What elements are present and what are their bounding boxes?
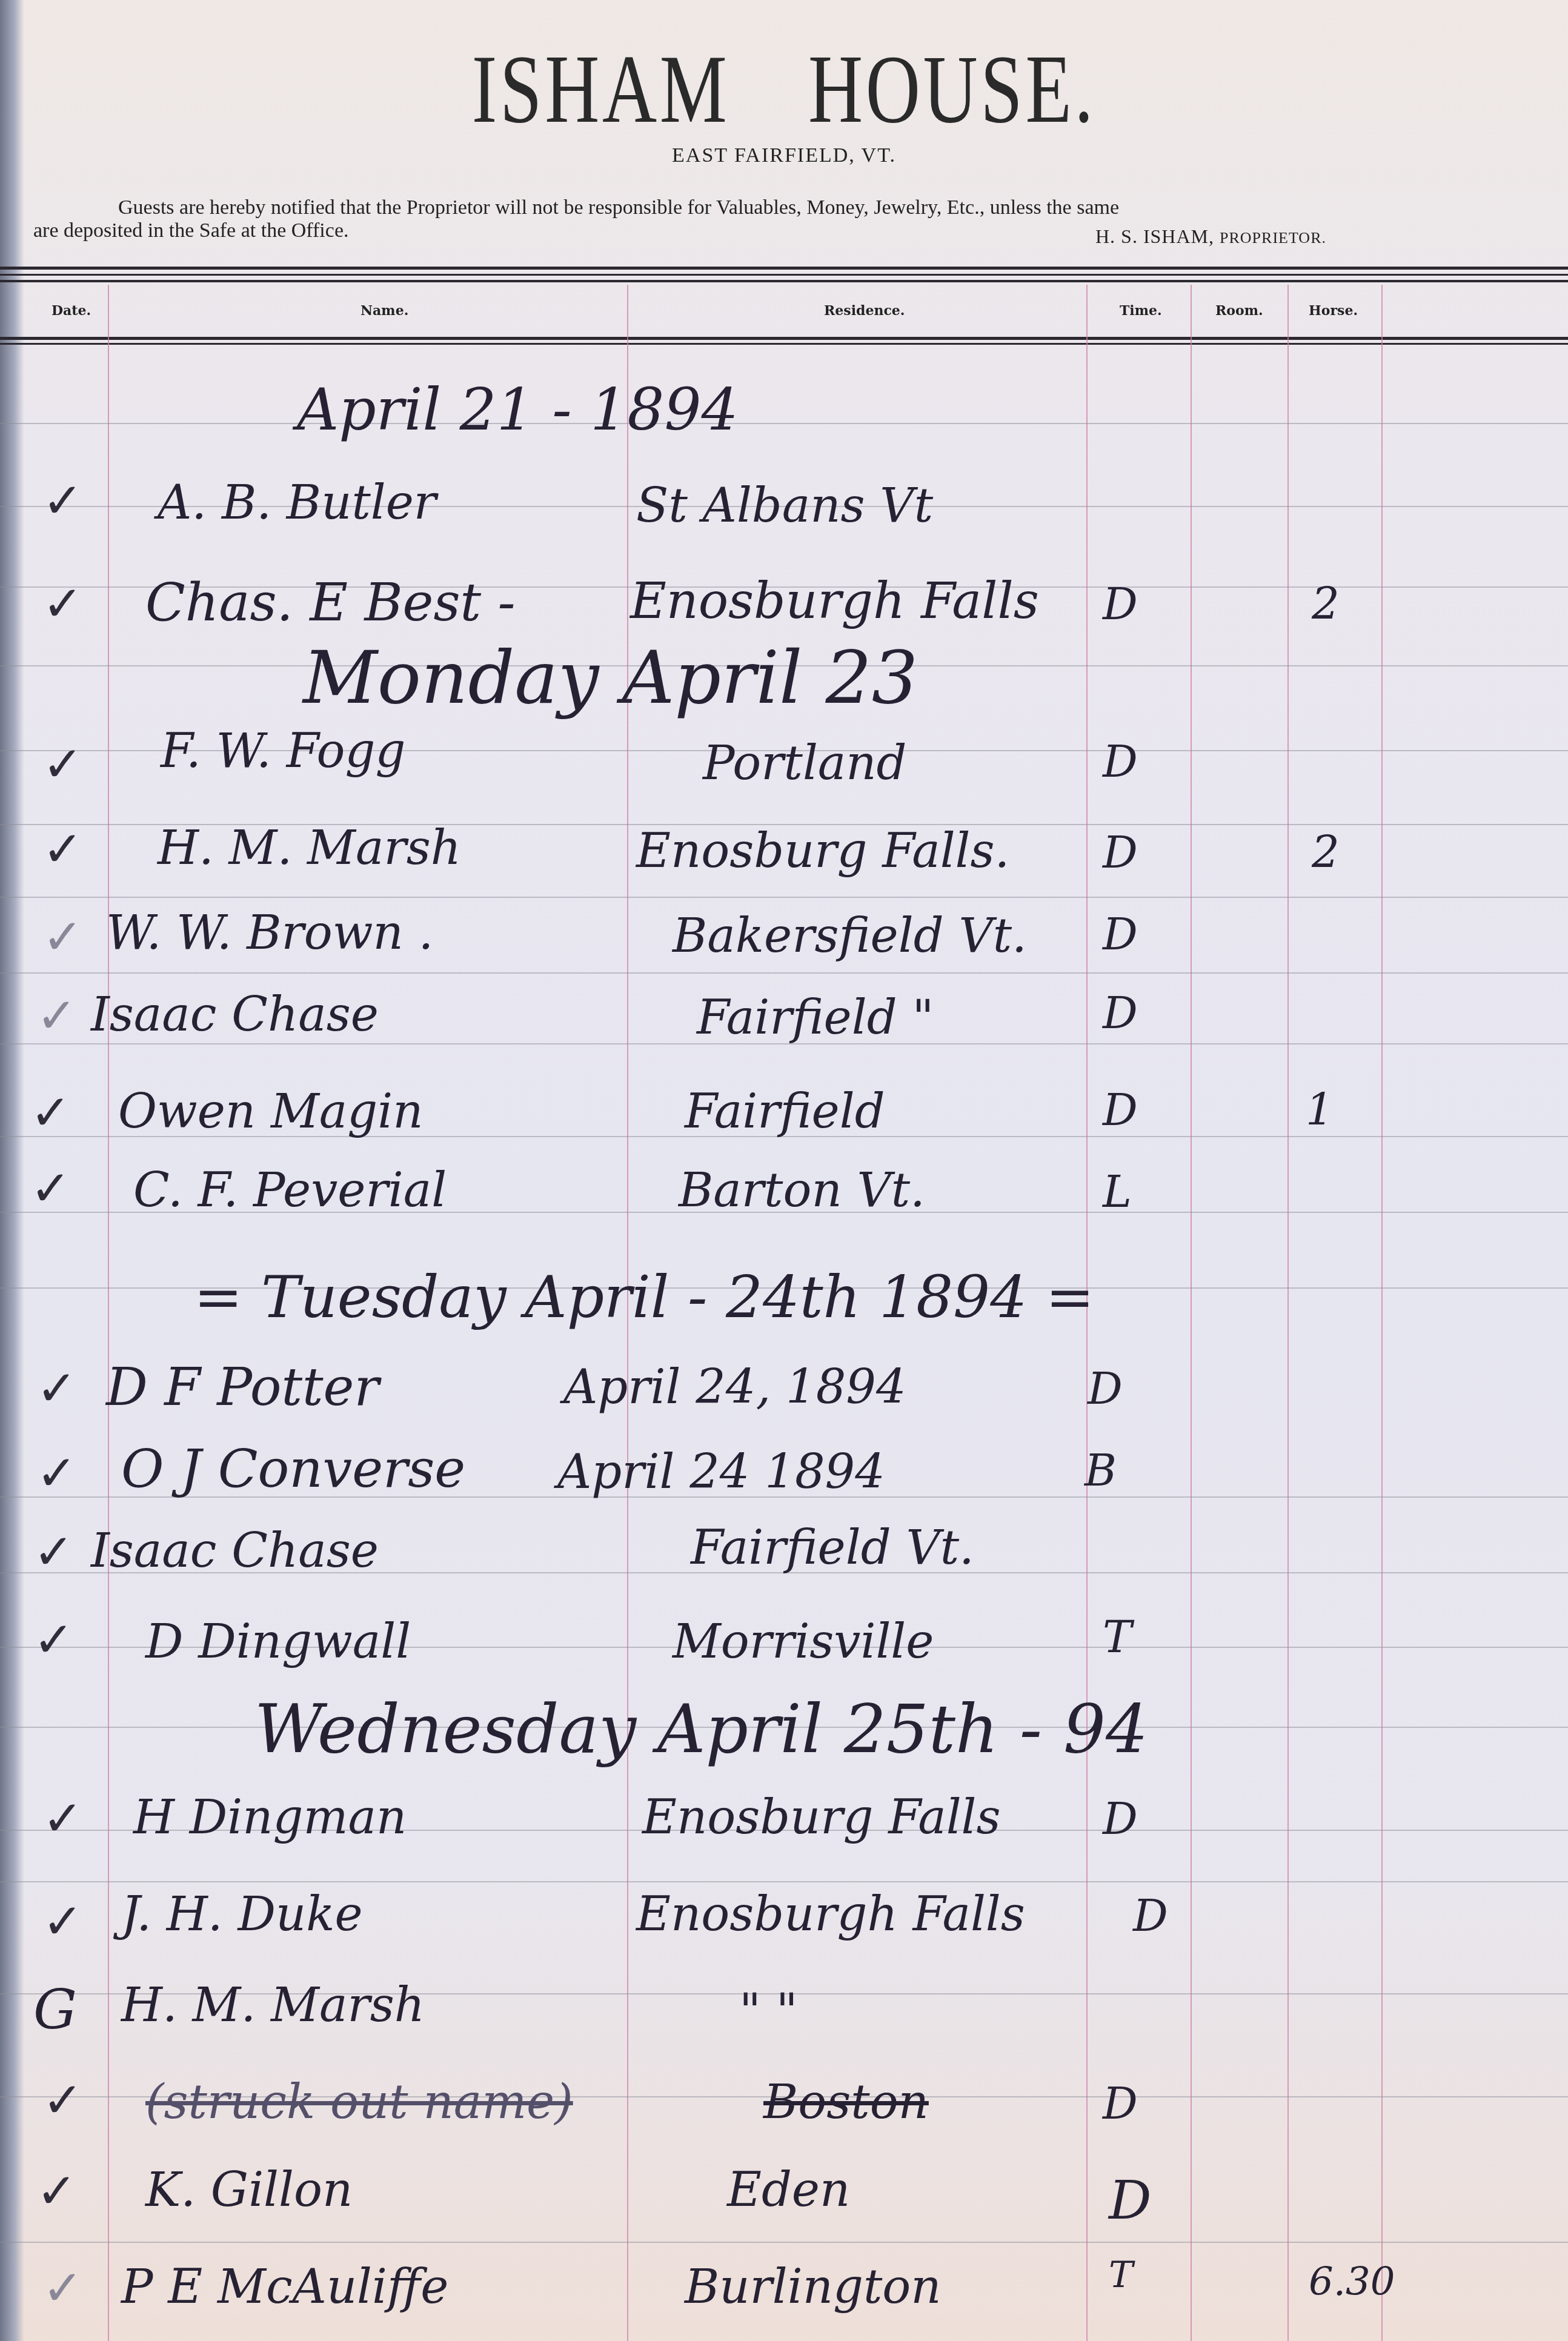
- title-word-isham: ISHAM: [472, 35, 730, 143]
- guest-name: A. B. Butler: [158, 476, 436, 530]
- column-line-extra: [1381, 285, 1383, 2341]
- guest-residence: April 24, 1894: [563, 1360, 906, 1415]
- day-heading: Monday April 23: [303, 636, 918, 720]
- column-line-date: [108, 285, 109, 2341]
- hotel-location: EAST FAIRFIELD, VT.: [0, 144, 1568, 167]
- checkmark: ✓: [42, 2072, 83, 2128]
- ruled-line: [0, 423, 1568, 424]
- guest-name: J. H. Duke: [121, 1887, 363, 1942]
- column-header-horse: Horse.: [1309, 303, 1358, 319]
- time-code: D: [1133, 1890, 1168, 1941]
- proprietor-title: PROPRIETOR.: [1220, 229, 1326, 247]
- guest-name: W. W. Brown .: [106, 906, 433, 960]
- page-title: ISHAM HOUSE.: [173, 33, 1396, 145]
- column-header-date: Date.: [51, 303, 91, 319]
- guest-residence: St Albans Vt: [636, 479, 933, 533]
- guest-name: Isaac Chase: [91, 988, 379, 1042]
- guest-name: C. F. Peverial: [133, 1163, 447, 1218]
- column-header-residence: Residence.: [824, 303, 905, 319]
- guest-name: D F Potter: [106, 1357, 379, 1418]
- header-rule-top-2: [0, 274, 1568, 276]
- time-code: D: [1109, 2169, 1152, 2231]
- checkmark: ✓: [36, 988, 77, 1044]
- title-word-house: HOUSE.: [808, 35, 1096, 143]
- guest-residence: Fairfield ": [697, 991, 934, 1045]
- guest-name: Isaac Chase: [91, 1524, 379, 1578]
- checkmark: ✓: [42, 909, 83, 965]
- guest-residence: Bakersfield Vt.: [673, 909, 1027, 963]
- column-header-name: Name.: [360, 303, 408, 319]
- horse-count: 2: [1312, 827, 1340, 878]
- horse-count: 1: [1306, 1084, 1334, 1135]
- checkmark: ✓: [42, 473, 83, 529]
- checkmark: ✓: [36, 1445, 77, 1501]
- guest-residence: Enosburgh Falls: [630, 573, 1039, 630]
- guest-name: D Dingwall: [145, 1615, 411, 1669]
- notice-line-2: are deposited in the Safe at the Office.: [33, 219, 349, 242]
- header-rule-top-3: [0, 280, 1568, 282]
- time-code: D: [1088, 1363, 1123, 1414]
- guest-residence: " ": [739, 1984, 798, 2039]
- ruled-line: [0, 1881, 1568, 1882]
- proprietor-signature: H. S. ISHAM, PROPRIETOR.: [1095, 225, 1326, 248]
- checkmark: ✓: [36, 2163, 77, 2219]
- day-heading: = Tuesday April - 24th 1894 =: [194, 1263, 1094, 1331]
- time-code: T: [1109, 2254, 1133, 2296]
- guest-residence: Eden: [727, 2163, 850, 2217]
- guest-name: P E McAuliffe: [121, 2260, 448, 2314]
- time-code: D: [1103, 1793, 1138, 1844]
- header-rule-top-1: [0, 267, 1568, 270]
- time-code: B: [1085, 1445, 1117, 1496]
- checkmark: ✓: [42, 576, 83, 632]
- guest-residence: Barton Vt.: [679, 1163, 925, 1218]
- ruled-line: [0, 972, 1568, 974]
- guest-residence: April 24 1894: [557, 1445, 885, 1499]
- ruled-line: [0, 2242, 1568, 2243]
- time-code: D: [1103, 736, 1138, 787]
- checkmark: ✓: [30, 1160, 71, 1217]
- header-rule-bottom-2: [0, 343, 1568, 345]
- time-code: L: [1103, 1166, 1132, 1217]
- guest-name: H. M. Marsh: [158, 821, 461, 875]
- day-heading: Wednesday April 25th - 94: [254, 1690, 1148, 1768]
- notice-line-1: Guests are hereby notified that the Prop…: [118, 195, 1487, 221]
- checkmark: ✓: [42, 2260, 83, 2316]
- book-spine-shadow: [0, 0, 24, 2341]
- guest-name: F. W. Fogg: [161, 724, 405, 779]
- column-header-time: Time.: [1120, 303, 1162, 319]
- horse-count: 2: [1312, 579, 1340, 629]
- guest-name: O J Converse: [121, 1439, 465, 1499]
- time-code: T: [1103, 1612, 1132, 1662]
- time-code: D: [1103, 827, 1138, 878]
- time-code: D: [1103, 909, 1138, 960]
- time-code: D: [1103, 1084, 1138, 1135]
- guest-name: H Dingman: [133, 1790, 407, 1845]
- checkmark: ✓: [36, 1360, 77, 1416]
- guest-name: H. M. Marsh: [121, 1978, 425, 2033]
- guest-residence: Morrisville: [673, 1615, 934, 1669]
- horse-or-time-note: 6.30: [1309, 2260, 1395, 2305]
- row-marker: G: [33, 1978, 77, 2042]
- guest-residence: Enosburgh Falls: [636, 1887, 1025, 1942]
- time-code: D: [1103, 988, 1138, 1038]
- guest-residence: Burlington: [685, 2260, 941, 2314]
- guest-residence: Fairfield: [685, 1084, 885, 1139]
- time-code: D: [1103, 579, 1138, 629]
- time-code: D: [1103, 2078, 1138, 2129]
- guest-name-struck: (struck out name): [145, 2075, 573, 2130]
- guest-residence: Fairfield Vt.: [691, 1521, 974, 1575]
- checkmark: ✓: [42, 1893, 83, 1950]
- guest-name: K. Gillon: [145, 2163, 353, 2217]
- guest-residence: Enosburg Falls: [642, 1790, 1001, 1845]
- column-line-room: [1191, 285, 1192, 2341]
- day-heading: April 21 - 1894: [297, 376, 739, 443]
- ruled-line: [0, 897, 1568, 898]
- checkmark: ✓: [30, 1084, 71, 1141]
- checkmark: ✓: [42, 736, 83, 792]
- proprietor-name: H. S. ISHAM,: [1095, 225, 1220, 247]
- guest-residence: Portland: [703, 736, 907, 791]
- checkmark: ✓: [42, 1790, 83, 1847]
- column-line-horse: [1287, 285, 1289, 2341]
- guest-name: Owen Magin: [118, 1084, 423, 1139]
- checkmark: ✓: [33, 1612, 74, 1668]
- checkmark: ✓: [42, 821, 83, 877]
- guest-name: Chas. E Best -: [145, 573, 516, 633]
- guest-residence: Enosburg Falls.: [636, 824, 1009, 878]
- header-rule-bottom-1: [0, 337, 1568, 340]
- guest-residence: Boston: [763, 2075, 929, 2130]
- column-header-room: Room.: [1215, 303, 1263, 319]
- checkmark: ✓: [33, 1524, 74, 1580]
